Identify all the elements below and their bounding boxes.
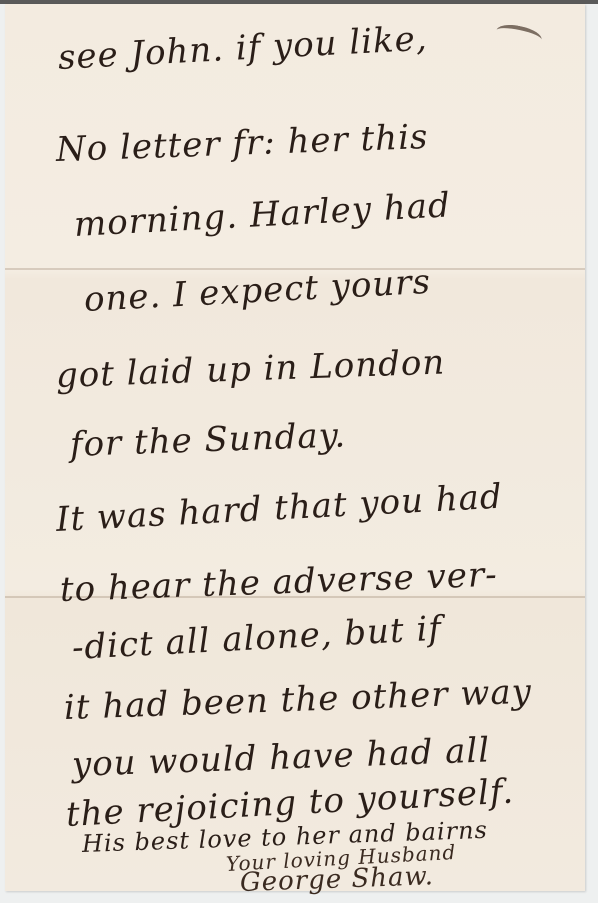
signature: George Shaw. (239, 861, 434, 898)
